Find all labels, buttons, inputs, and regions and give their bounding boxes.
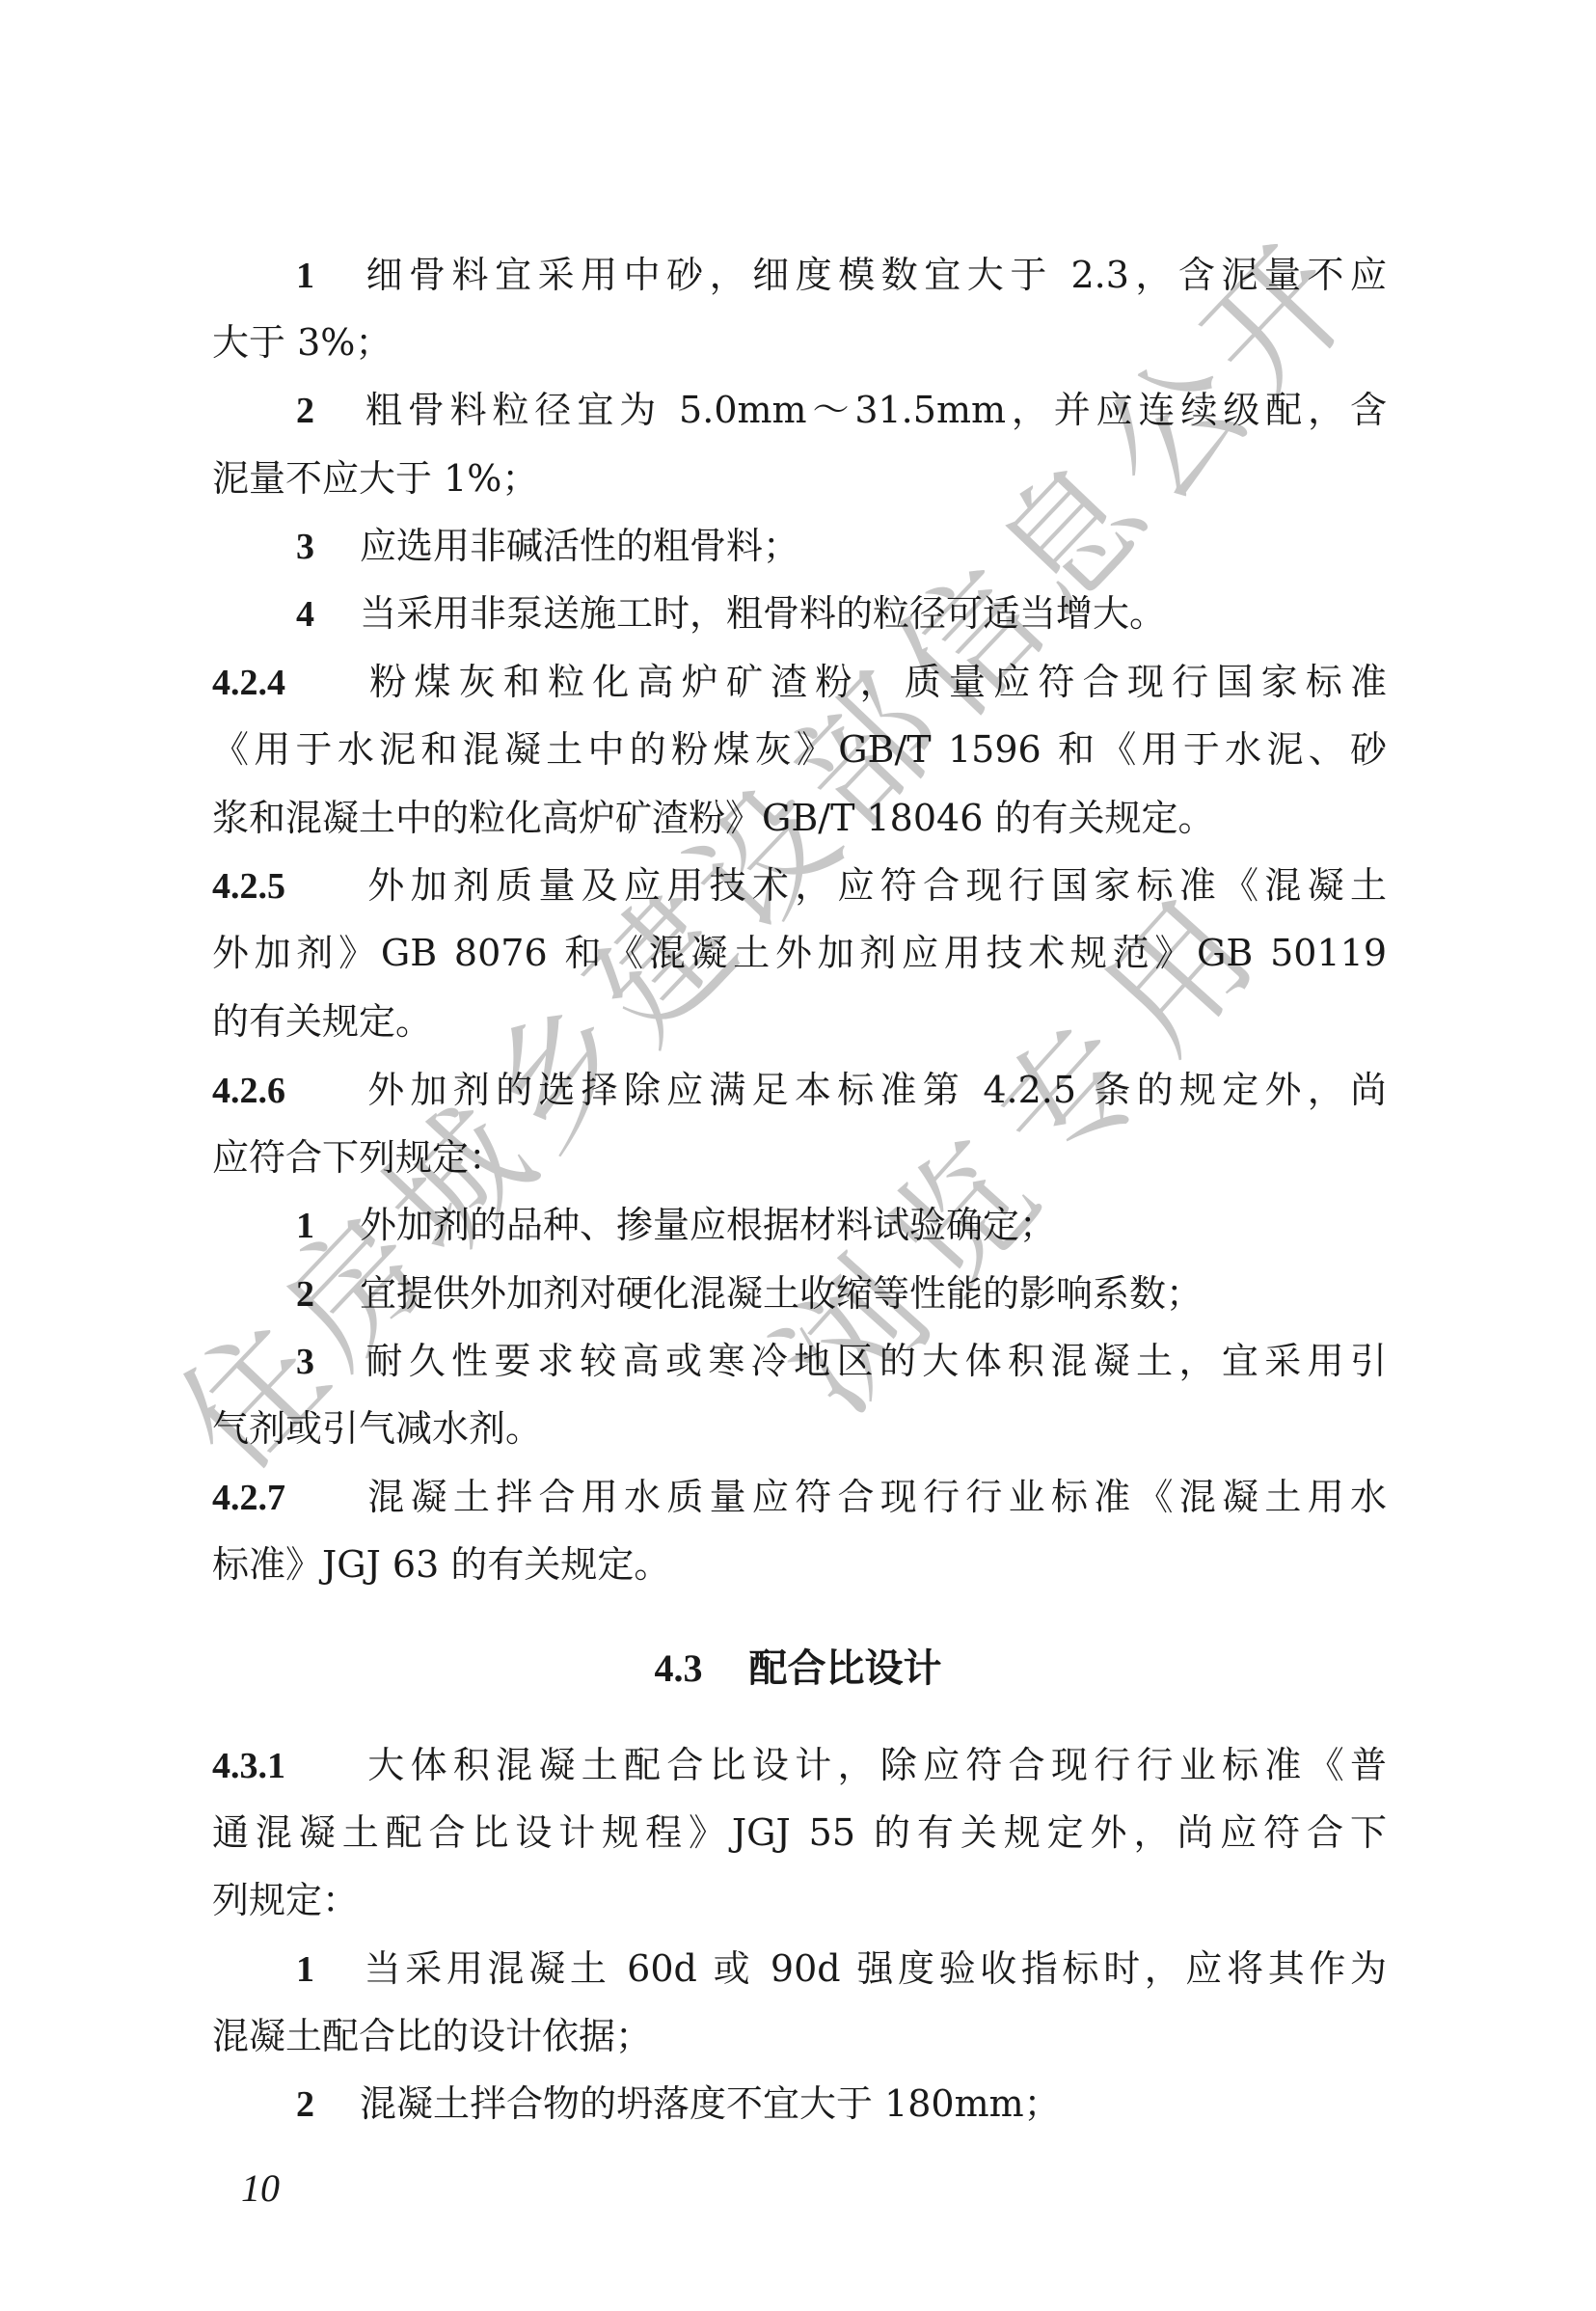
item-number: 3	[296, 518, 360, 576]
list-item: 2粗骨料粒径宜为 5.0mm～31.5mm，并应连续级配，含	[296, 381, 1387, 439]
clause-4-2-5: 4.2.5外加剂质量及应用技术，应符合现行国家标准《混凝土	[212, 856, 1387, 914]
clause-text: 大体积混凝土配合比设计，除应符合现行行业标准《普	[362, 1744, 1387, 1786]
text-line: 《用于水泥和混凝土中的粉煤灰》GB/T 1596 和《用于水泥、砂	[212, 720, 1387, 778]
text-line: 标准》JGJ 63 的有关规定。	[212, 1536, 1387, 1593]
item-text: 外加剂的品种、掺量应根据材料试验确定；	[360, 1204, 1056, 1246]
clause-4-2-4: 4.2.4粉煤灰和粒化高炉矿渣粉，质量应符合现行国家标准	[212, 653, 1387, 711]
text-line: 大于 3%；	[212, 313, 1387, 371]
item-number: 2	[296, 2076, 360, 2134]
clause-4-2-7: 4.2.7混凝土拌合用水质量应符合现行行业标准《混凝土用水	[212, 1468, 1387, 1526]
item-number: 1	[296, 247, 360, 304]
item-number: 4	[296, 585, 360, 643]
item-text: 耐久性要求较高或寒冷地区的大体积混凝土，宜采用引	[360, 1340, 1387, 1382]
text-line: 外加剂》GB 8076 和《混凝土外加剂应用技术规范》GB 50119	[212, 924, 1387, 982]
text-line: 应符合下列规定：	[212, 1128, 1387, 1186]
list-item: 2混凝土拌合物的坍落度不宜大于 180mm；	[296, 2075, 1387, 2133]
item-text: 当采用非泵送施工时，粗骨料的粒径可适当增大。	[360, 592, 1166, 635]
item-text-continued: 泥量不应大于 1%；	[212, 457, 538, 500]
clause-text-continued: 通混凝土配合比设计规程》JGJ 55 的有关规定外，尚应符合下	[212, 1811, 1387, 1854]
item-text-continued: 大于 3%；	[212, 321, 392, 364]
list-item: 4当采用非泵送施工时，粗骨料的粒径可适当增大。	[296, 585, 1387, 642]
clause-text: 混凝土拌合用水质量应符合现行行业标准《混凝土用水	[362, 1476, 1387, 1518]
list-item: 1当采用混凝土 60d 或 90d 强度验收指标时，应将其作为	[296, 1940, 1387, 1998]
list-item: 1细骨料宜采用中砂，细度模数宜大于 2.3，含泥量不应	[296, 246, 1387, 304]
clause-number: 4.2.4	[212, 654, 362, 711]
clause-number: 4.3.1	[212, 1737, 362, 1794]
item-text-continued: 混凝土配合比的设计依据；	[212, 2015, 652, 2057]
clause-text: 外加剂质量及应用技术，应符合现行国家标准《混凝土	[362, 864, 1387, 907]
item-number: 1	[296, 1197, 360, 1255]
clause-text-continued: 列规定：	[212, 1879, 359, 1921]
clause-text-continued: 标准》JGJ 63 的有关规定。	[212, 1543, 670, 1586]
list-item: 1外加剂的品种、掺量应根据材料试验确定；	[296, 1196, 1387, 1254]
clause-text-continued: 外加剂》GB 8076 和《混凝土外加剂应用技术规范》GB 50119	[212, 932, 1387, 974]
text-line: 混凝土配合比的设计依据；	[212, 2007, 1387, 2065]
text-line: 通混凝土配合比设计规程》JGJ 55 的有关规定外，尚应符合下	[212, 1804, 1387, 1862]
item-text: 应选用非碱活性的粗骨料；	[360, 525, 799, 567]
clause-number: 4.2.7	[212, 1469, 362, 1526]
text-line: 的有关规定。	[212, 992, 1387, 1050]
list-item: 3应选用非碱活性的粗骨料；	[296, 517, 1387, 575]
clause-text-continued: 《用于水泥和混凝土中的粉煤灰》GB/T 1596 和《用于水泥、砂	[212, 728, 1387, 771]
text-line: 浆和混凝土中的粒化高炉矿渣粉》GB/T 18046 的有关规定。	[212, 789, 1387, 847]
item-text-continued: 气剂或引气减水剂。	[212, 1407, 542, 1450]
clause-text-continued: 的有关规定。	[212, 1000, 432, 1043]
clause-4-2-6: 4.2.6外加剂的选择除应满足本标准第 4.2.5 条的规定外，尚	[212, 1061, 1387, 1119]
document-page: 1细骨料宜采用中砂，细度模数宜大于 2.3，含泥量不应 大于 3%； 2粗骨料粒…	[0, 0, 1596, 2311]
item-text: 混凝土拌合物的坍落度不宜大于 180mm；	[360, 2082, 1061, 2125]
clause-text-continued: 应符合下列规定：	[212, 1136, 505, 1179]
clause-text: 粉煤灰和粒化高炉矿渣粉，质量应符合现行国家标准	[362, 661, 1387, 703]
list-item: 2宜提供外加剂对硬化混凝土收缩等性能的影响系数；	[296, 1264, 1387, 1322]
text-line: 列规定：	[212, 1871, 1387, 1929]
clause-4-3-1: 4.3.1大体积混凝土配合比设计，除应符合现行行业标准《普	[212, 1736, 1387, 1794]
item-text: 宜提供外加剂对硬化混凝土收缩等性能的影响系数；	[360, 1272, 1203, 1315]
item-number: 1	[296, 1941, 360, 1998]
item-text: 粗骨料粒径宜为 5.0mm～31.5mm，并应连续级配，含	[360, 389, 1387, 431]
section-title: 配合比设计	[749, 1646, 942, 1691]
item-text: 当采用混凝土 60d 或 90d 强度验收指标时，应将其作为	[360, 1947, 1387, 1990]
section-number: 4.3	[655, 1646, 703, 1690]
clause-number: 4.2.6	[212, 1062, 362, 1119]
text-line: 泥量不应大于 1%；	[212, 449, 1387, 507]
page-number: 10	[241, 2165, 280, 2211]
text-line: 气剂或引气减水剂。	[212, 1400, 1387, 1457]
clause-text: 外加剂的选择除应满足本标准第 4.2.5 条的规定外，尚	[362, 1069, 1387, 1111]
item-number: 3	[296, 1333, 360, 1390]
item-number: 2	[296, 382, 360, 439]
item-text: 细骨料宜采用中砂，细度模数宜大于 2.3，含泥量不应	[360, 254, 1387, 296]
list-item: 3耐久性要求较高或寒冷地区的大体积混凝土，宜采用引	[296, 1332, 1387, 1390]
clause-number: 4.2.5	[212, 857, 362, 914]
section-heading: 4.3配合比设计	[0, 1640, 1596, 1698]
clause-text-continued: 浆和混凝土中的粒化高炉矿渣粉》GB/T 18046 的有关规定。	[212, 797, 1214, 839]
item-number: 2	[296, 1265, 360, 1323]
